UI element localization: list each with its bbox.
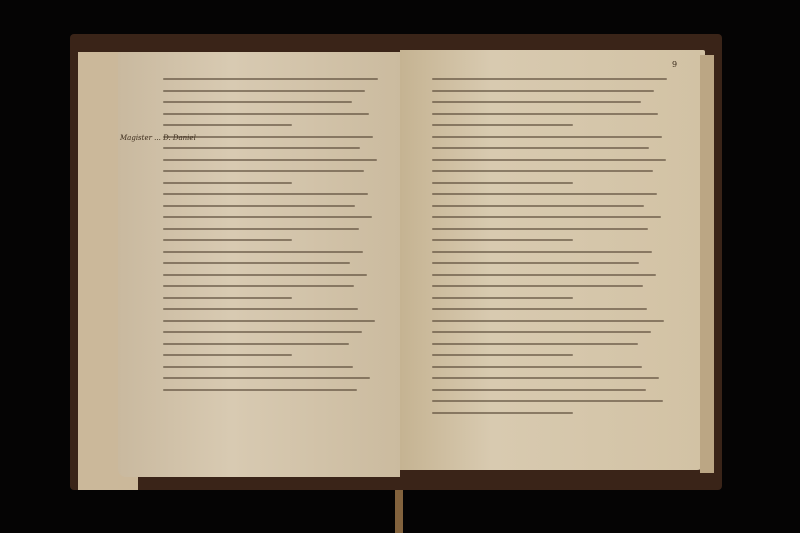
handwritten-line — [163, 251, 363, 253]
handwritten-line — [432, 239, 573, 241]
handwritten-line — [163, 343, 349, 345]
handwritten-line — [163, 354, 292, 356]
handwritten-line — [163, 101, 352, 103]
handwritten-line — [163, 285, 354, 287]
handwritten-line — [432, 159, 666, 161]
handwritten-line — [432, 331, 651, 333]
handwritten-line — [163, 262, 350, 264]
handwritten-line — [432, 274, 656, 276]
handwritten-line — [163, 78, 378, 80]
handwritten-line — [163, 297, 292, 299]
handwritten-line — [163, 193, 368, 195]
handwritten-line — [432, 228, 648, 230]
handwritten-line — [432, 216, 661, 218]
handwritten-line — [163, 216, 372, 218]
handwritten-line — [163, 331, 362, 333]
handwritten-line — [163, 205, 355, 207]
handwritten-line — [163, 239, 292, 241]
handwritten-line — [163, 124, 292, 126]
handwritten-line — [432, 113, 658, 115]
handwritten-line — [163, 113, 369, 115]
handwritten-line — [432, 78, 667, 80]
handwritten-line — [432, 297, 573, 299]
handwritten-line — [163, 228, 359, 230]
handwritten-line — [432, 377, 659, 379]
handwritten-line — [432, 389, 646, 391]
handwritten-line — [163, 377, 370, 379]
handwritten-line — [163, 147, 360, 149]
handwritten-line — [432, 354, 573, 356]
handwritten-line — [432, 366, 642, 368]
handwritten-line — [432, 90, 654, 92]
handwritten-line — [163, 170, 364, 172]
handwritten-line — [432, 170, 653, 172]
handwritten-line — [163, 308, 358, 310]
handwritten-line — [432, 412, 573, 414]
handwritten-line — [432, 285, 643, 287]
handwritten-line — [432, 308, 647, 310]
handwritten-line — [163, 320, 375, 322]
handwritten-line — [432, 182, 573, 184]
handwritten-line — [163, 136, 373, 138]
handwritten-line — [163, 274, 367, 276]
right-page — [400, 50, 705, 470]
bookmark-ribbon — [395, 490, 403, 533]
handwritten-line — [163, 159, 377, 161]
handwritten-line — [432, 343, 638, 345]
handwritten-line — [432, 262, 639, 264]
handwritten-line — [432, 147, 649, 149]
handwritten-line — [163, 366, 353, 368]
handwritten-line — [432, 124, 573, 126]
handwritten-line — [432, 320, 664, 322]
handwritten-line — [432, 193, 657, 195]
handwritten-line — [432, 251, 652, 253]
handwritten-line — [432, 400, 663, 402]
handwritten-line — [163, 182, 292, 184]
handwritten-line — [432, 101, 641, 103]
page-edges — [700, 55, 714, 473]
handwritten-line — [432, 205, 644, 207]
handwritten-line — [163, 90, 365, 92]
folio-number: 9 — [672, 60, 677, 69]
handwritten-line — [432, 136, 662, 138]
handwritten-line — [163, 389, 357, 391]
left-page: Magister ... D. Daniel — [118, 52, 400, 477]
